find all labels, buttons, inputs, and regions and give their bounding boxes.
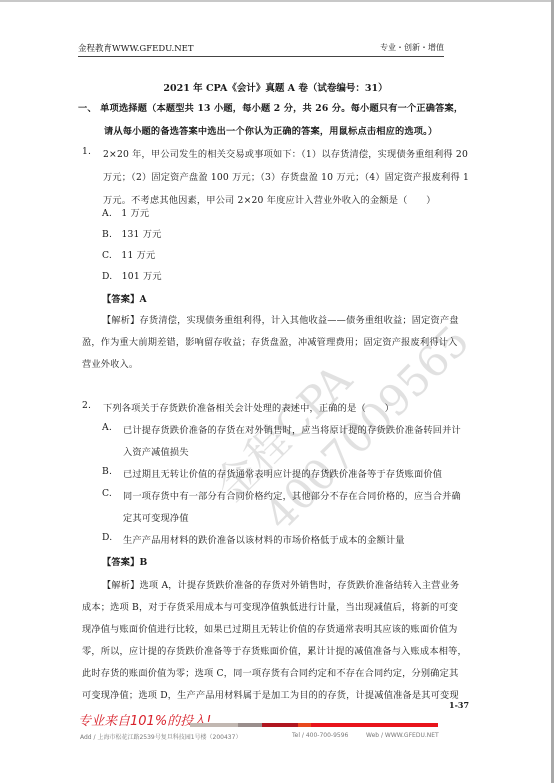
q2-option-c[interactable]: C. [102,488,112,499]
q2-analysis-line2: 成本；选项 B，对于存货采用成本与可变现净值孰低进行计量，当出现减值后，将新的可… [82,599,458,613]
q2-option-d-line1[interactable]: 生产产品用材料的跌价准备以该材料的市场价格低于成本的金额计量 [123,532,405,546]
footer-bar-segment-3 [262,723,298,727]
q1-number: 1. [82,146,91,157]
q2-stem: 下列各项关于存货跌价准备相关会计处理的表述中，正确的是（ ） [103,400,394,414]
q1-option-a-key: A. [102,208,112,219]
q1-option-c[interactable]: C. 11 万元 [102,247,155,261]
q2-option-c-key: C. [102,488,112,499]
document-title: 2021 年 CPA《会计》真题 A 卷（试卷编号：31） [0,80,551,94]
footer-website[interactable]: Web / WWW.GFEDU.NET [366,732,439,739]
q2-option-d[interactable]: D. [102,532,112,543]
q2-number: 2. [82,400,91,411]
q2-analysis-line6: 可变现净值；选项 D，生产产品用材料属于是加工为目的的存货，计提减值准备是其可变… [82,687,459,701]
q1-stem-line2: 万元；（2）固定资产盘盈 100 万元；（3）存货盘盈 10 万元；（4）固定资… [103,169,469,183]
q2-analysis-line4: 零，所以，应计提的存货跌价准备等于存货账面价值，累计计提的减值准备与入账成本相等… [82,643,467,657]
footer-bar-segment-2 [238,723,262,727]
q2-option-b-key: B. [102,466,112,477]
q2-option-a-key: A. [102,422,112,433]
header-brand: 金程教育WWW.GFEDU.NET [78,42,194,54]
q2-option-b[interactable]: B. [102,466,112,477]
q1-option-c-text: 11 万元 [121,250,155,261]
q1-option-b[interactable]: B. 131 万元 [102,226,162,240]
section-heading-line2: 请从每小题的备选答案中选出一个你认为正确的答案，用鼠标点击相应的选项。） [104,123,437,137]
q2-analysis-line1: 【解析】选项 A，计提存货跌价准备的存货对外销售时，存货跌价准备结转入主营业务 [102,577,459,591]
q1-analysis-line2: 盈，作为重大前期差错，影响留存收益；存货盘盈，冲减管理费用；固定资产报废利得计入 [82,334,458,348]
footer-bar-segment-4 [298,723,311,727]
q1-stem-line3: 万元。不考虑其他因素，甲公司 2×20 年度应计入营业外收入的金额是（ ） [103,192,436,206]
page-number: 1-37 [449,700,469,710]
footer-bar-segment-5 [311,723,438,727]
q2-answer: 【答案】B [102,554,148,568]
q1-option-a[interactable]: A. 1 万元 [102,205,149,219]
header-tagline: 专业・创新・增值 [380,42,444,53]
q1-option-b-key: B. [102,229,112,240]
q1-stem-line1: 2×20 年，甲公司发生的相关交易或事项如下：（1）以存货清偿，实现债务重组利得… [103,146,468,160]
q2-option-a[interactable]: A. [102,422,112,433]
q2-option-c-line2[interactable]: 定其可变现净值 [123,510,189,524]
q2-option-a-line2[interactable]: 入资产减值损失 [123,444,189,458]
q1-option-d-text: 101 万元 [122,271,162,282]
q2-option-a-line1[interactable]: 已计提存货跌价准备的存货在对外销售时，应当将原计提的存货跌价准备转回并计 [123,422,461,436]
footer-address: Add / 上海市松花江路2539号复旦科技园1号楼（200437） [80,732,241,741]
q2-analysis-line3: 现净值与账面价值进行比较，如果已过期且无转让价值的存货通常表明其应该的账面价值为 [82,621,458,635]
q1-option-b-text: 131 万元 [121,229,161,240]
q1-option-d-key: D. [102,271,112,282]
q2-option-b-line1[interactable]: 已过期且无转让价值的存货通常表明应计提的存货跌价准备等于存货账面价值 [123,466,442,480]
q2-option-c-line1[interactable]: 同一项存货中有一部分有合同价格约定，其他部分不存在合同价格的，应当合并确 [123,488,461,502]
document-page: 金程教育WWW.GFEDU.NET 专业・创新・增值 2021 年 CPA《会计… [0,0,551,783]
q2-analysis-line5: 此时存货的账面价值为零；选项 C，同一项存货有合同约定和不存在合同约定，分别确定… [82,665,458,679]
q1-answer: 【答案】A [102,291,147,305]
q1-analysis-line3: 营业外收入。 [82,356,138,370]
footer-bar-segment-1 [190,723,238,727]
q1-analysis-line1: 【解析】存货清偿，实现债务重组利得，计入其他收益——债务重组收益；固定资产盘 [102,312,459,326]
q1-option-d[interactable]: D. 101 万元 [102,268,162,282]
section-heading-line1: 一、 单项选择题（本题型共 13 小题，每小题 2 分，共 26 分。每小题只有… [78,100,463,114]
q2-option-d-key: D. [102,532,112,543]
page-header: 金程教育WWW.GFEDU.NET 专业・创新・增值 [78,42,444,57]
footer-phone: Tel / 400-700-9596 [292,732,348,739]
q1-option-c-key: C. [102,250,112,261]
q1-option-a-text: 1 万元 [121,208,149,219]
